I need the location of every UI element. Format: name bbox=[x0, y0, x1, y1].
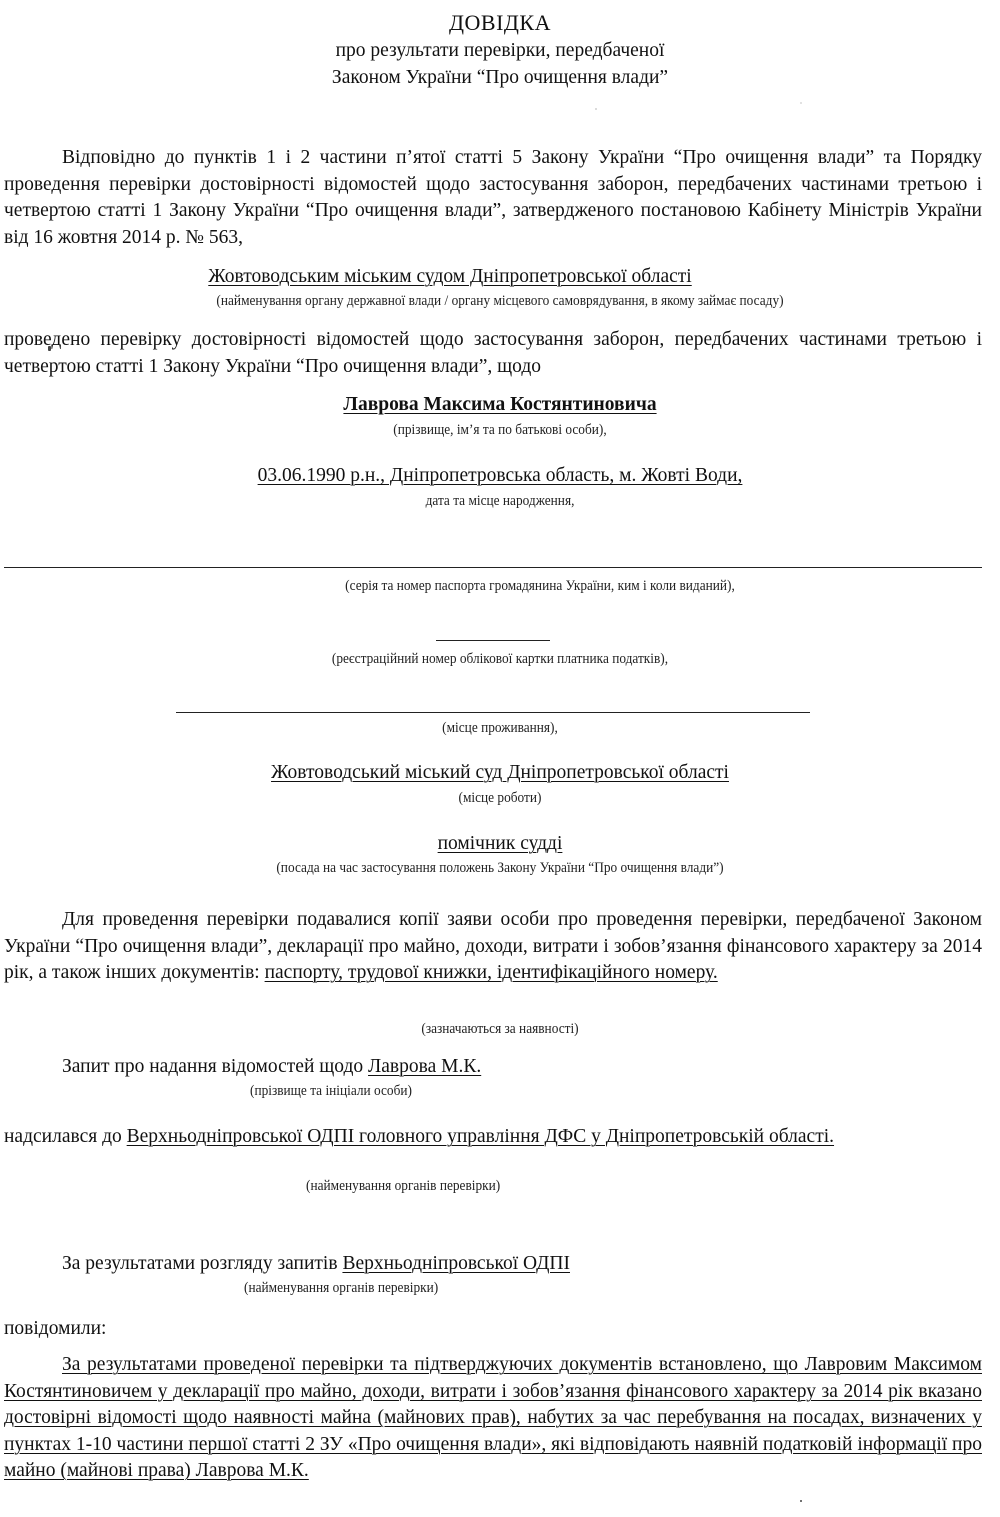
workplace-value: Жовтоводський міський суд Дніпропетровсь… bbox=[271, 762, 729, 783]
conclusion-text: За результатами проведеної перевірки та … bbox=[4, 1354, 982, 1481]
results-authority: Верхньодніпровської ОДПІ bbox=[342, 1253, 570, 1274]
check-paragraph: проведено перевірку достовірності відомо… bbox=[4, 327, 982, 380]
results-prefix: За результатами розгляду запитів bbox=[62, 1253, 342, 1274]
authority-field: Жовтоводським міським судом Дніпропетров… bbox=[0, 266, 1000, 288]
sent-to-authority: Верхньодніпровської ОДПІ головного управ… bbox=[127, 1126, 834, 1147]
results-caption: (найменування органів перевірки) bbox=[244, 1280, 438, 1297]
documents-paragraph: Для проведення перевірки подавалися копі… bbox=[4, 907, 982, 987]
documents-list: паспорту, трудової книжки, ідентифікацій… bbox=[265, 962, 718, 983]
document-title: ДОВІДКА bbox=[0, 10, 1000, 36]
request-caption: (прізвище та ініціали особи) bbox=[250, 1083, 412, 1100]
documents-caption: (зазначаються за наявності) bbox=[40, 1021, 960, 1038]
person-caption: (прізвище, ім’я та по батькові особи), bbox=[40, 422, 960, 439]
sent-to-prefix: надсилався до bbox=[4, 1126, 127, 1147]
sent-to-paragraph: надсилався до Верхньодніпровської ОДПІ г… bbox=[4, 1124, 982, 1151]
authority-caption: (найменування органу державної влади / о… bbox=[40, 293, 960, 310]
workplace-caption: (місце роботи) bbox=[40, 790, 960, 807]
request-prefix: Запит про надання відомостей щодо bbox=[62, 1056, 368, 1077]
passport-caption: (серія та номер паспорта громадянина Укр… bbox=[80, 578, 1000, 595]
tax-number-redacted-line bbox=[436, 640, 550, 641]
request-line: Запит про надання відомостей щодо Лавров… bbox=[62, 1056, 481, 1078]
birth-value: 03.06.1990 р.н., Дніпропетровська област… bbox=[258, 465, 743, 486]
birth-field: 03.06.1990 р.н., Дніпропетровська област… bbox=[0, 465, 1000, 487]
scan-speck bbox=[800, 102, 802, 104]
conclusion-paragraph: За результатами проведеної перевірки та … bbox=[4, 1352, 982, 1485]
document-subtitle-line1: про результати перевірки, передбаченої bbox=[0, 40, 1000, 62]
document-subtitle-line2: Законом України “Про очищення влади” bbox=[0, 67, 1000, 89]
person-field: Лаврова Максима Костянтиновича bbox=[0, 394, 1000, 416]
birth-caption: дата та місце народження, bbox=[40, 493, 960, 510]
passport-redacted-line bbox=[4, 567, 982, 568]
scan-speck bbox=[800, 1500, 802, 1502]
position-field: помічник судді bbox=[0, 833, 1000, 855]
results-line: За результатами розгляду запитів Верхньо… bbox=[62, 1253, 570, 1275]
person-name: Лаврова Максима Костянтиновича bbox=[343, 394, 656, 415]
workplace-field: Жовтоводський міський суд Дніпропетровсь… bbox=[0, 762, 1000, 784]
authority-value: Жовтоводським міським судом Дніпропетров… bbox=[208, 266, 691, 287]
tax-number-caption: (реєстраційний номер облікової картки пл… bbox=[40, 651, 960, 668]
intro-paragraph: Відповідно до пунктів 1 і 2 частини п’ят… bbox=[4, 145, 982, 251]
sent-to-caption: (найменування органів перевірки) bbox=[306, 1178, 500, 1195]
position-caption: (посада на час застосування положень Зак… bbox=[40, 860, 960, 877]
reported-label: повідомили: bbox=[4, 1318, 106, 1340]
residence-caption: (місце проживання), bbox=[40, 720, 960, 737]
scan-speck bbox=[595, 108, 597, 110]
position-value: помічник судді bbox=[438, 833, 563, 854]
request-person: Лаврова М.К. bbox=[368, 1056, 481, 1077]
document-page: ДОВІДКА про результати перевірки, передб… bbox=[0, 0, 1000, 1517]
residence-redacted-line bbox=[176, 712, 810, 713]
